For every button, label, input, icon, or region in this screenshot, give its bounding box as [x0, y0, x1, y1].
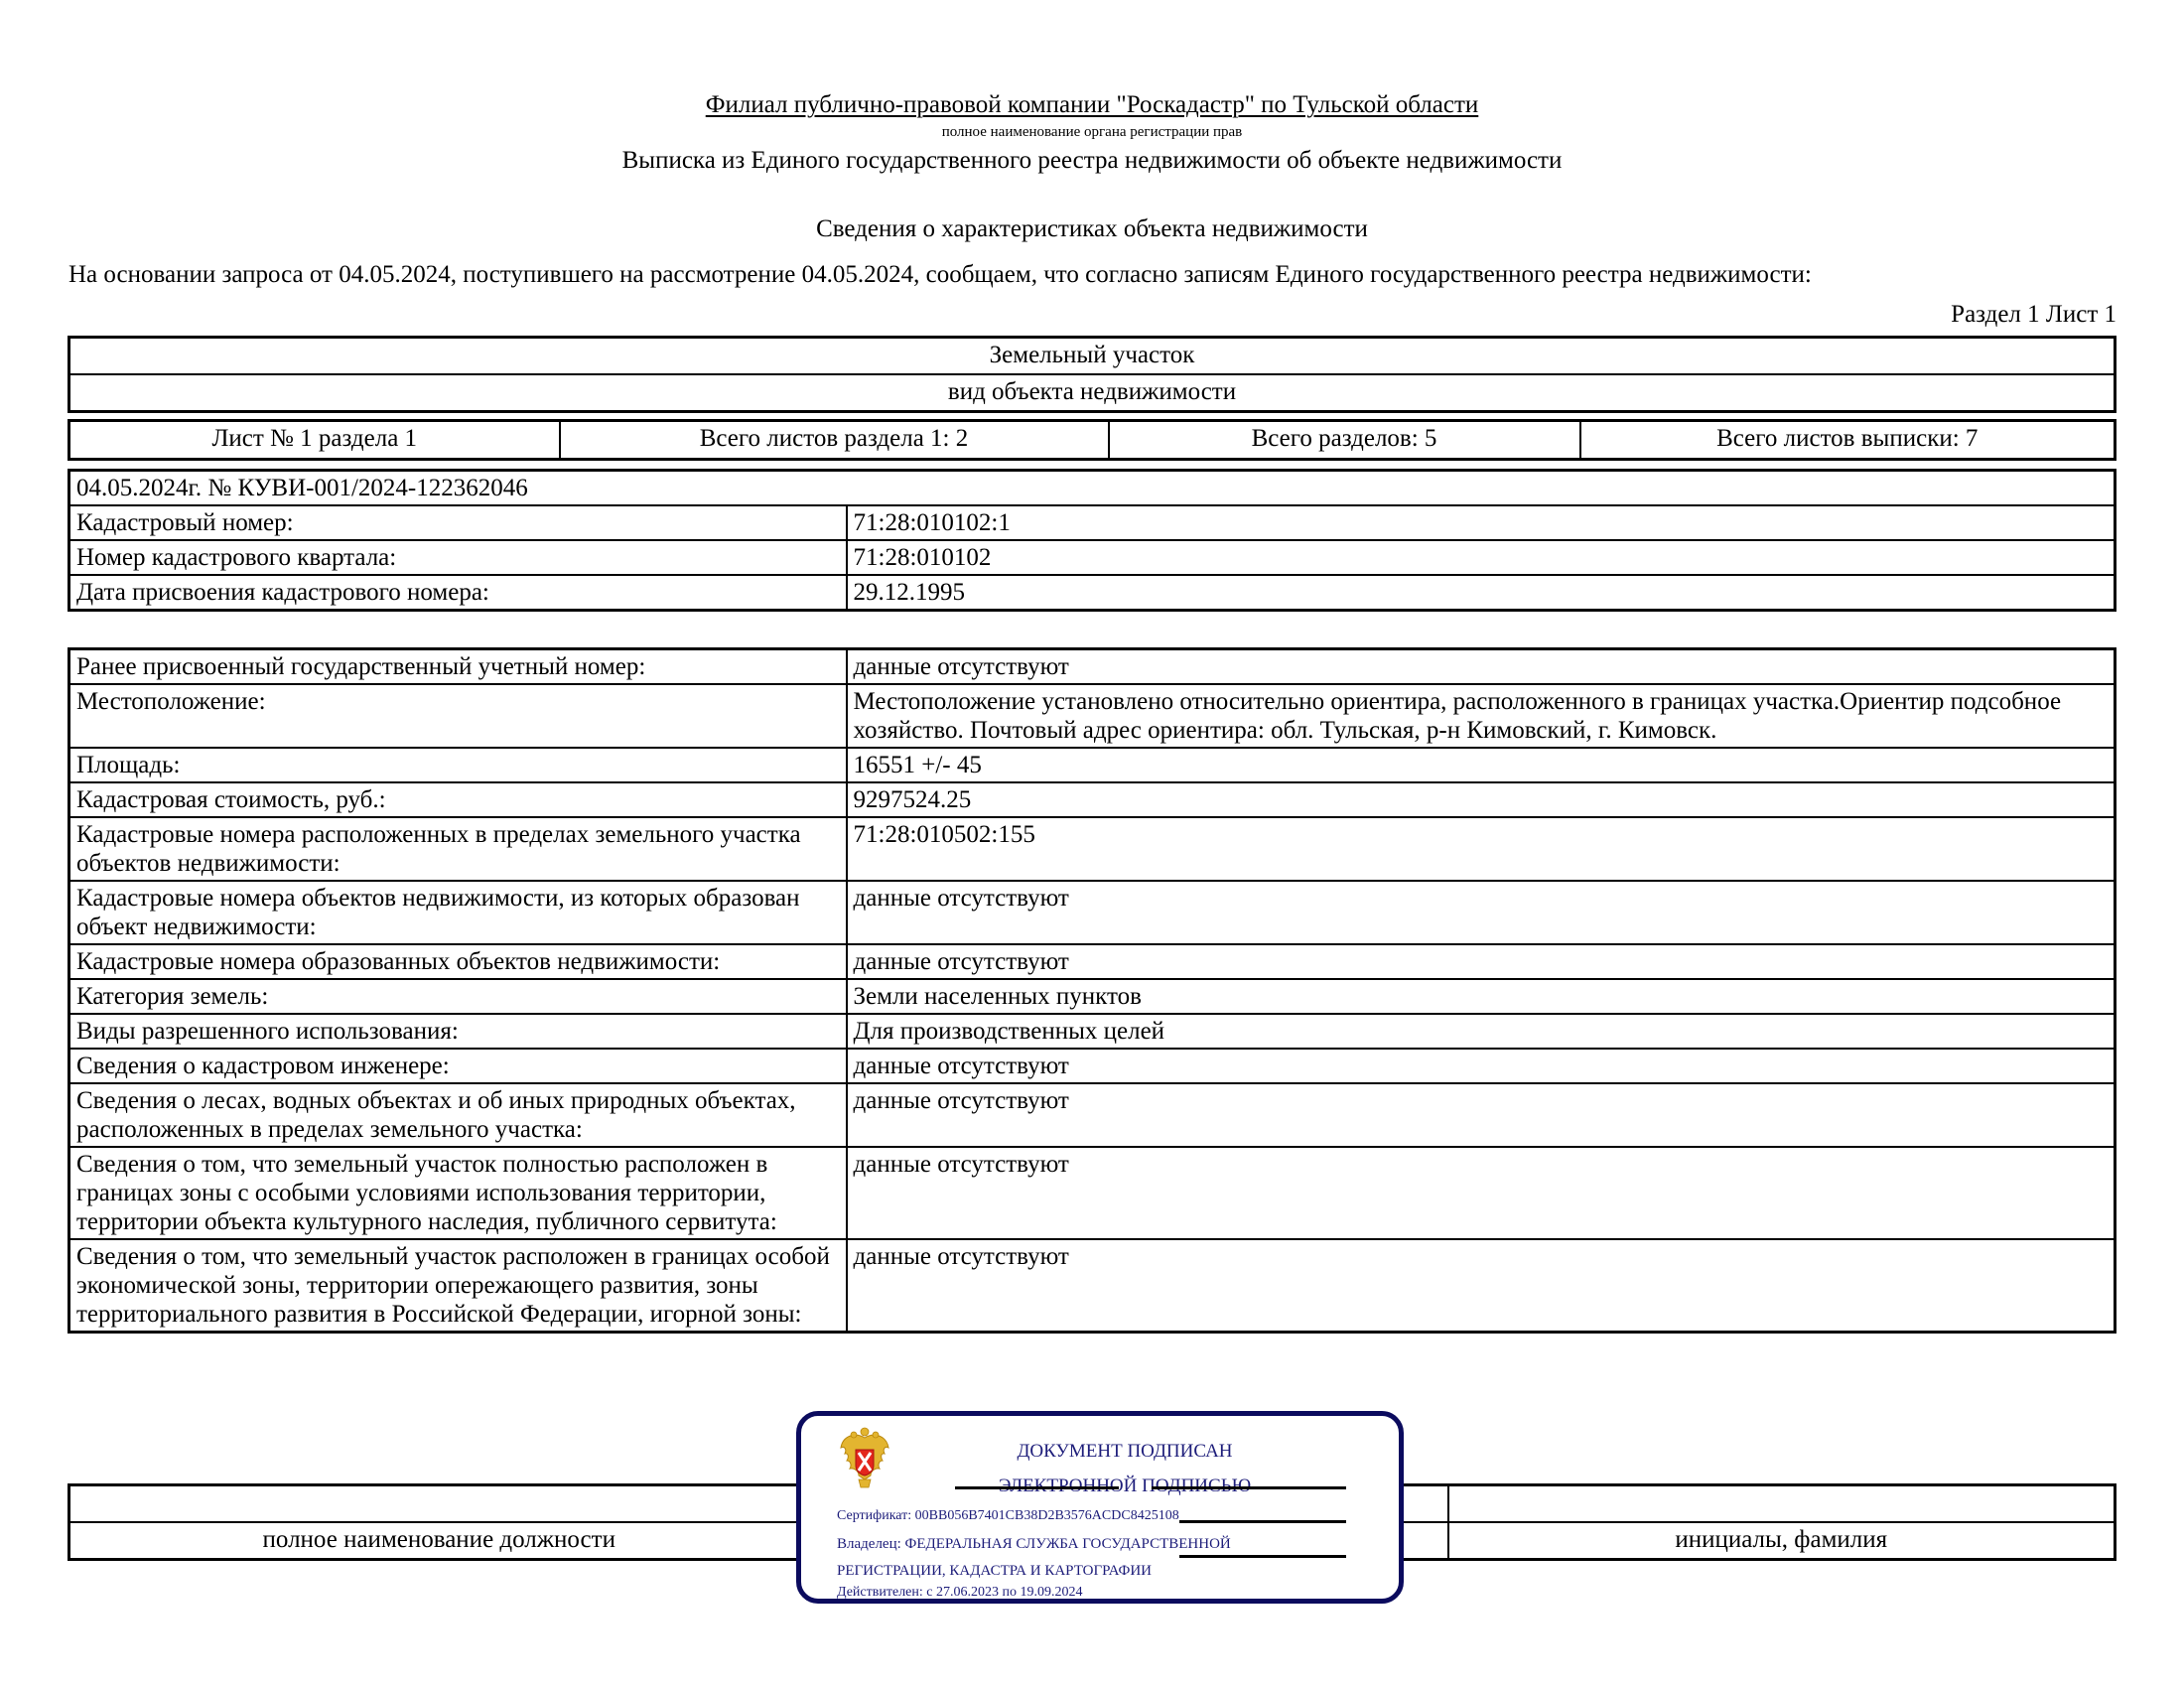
- cadastral-number: 71:28:010102:1: [847, 505, 2116, 540]
- table-row: Виды разрешенного использования:Для прои…: [69, 1014, 2116, 1049]
- row-label: Местоположение:: [69, 684, 847, 748]
- row-label: Сведения о том, что земельный участок по…: [69, 1147, 847, 1239]
- row-label: Кадастровые номера расположенных в преде…: [69, 817, 847, 881]
- row-label: Номер кадастрового квартала:: [69, 540, 847, 575]
- row-label: Кадастровый номер:: [69, 505, 847, 540]
- row-value: 16551 +/- 45: [847, 748, 2116, 782]
- table-row: Сведения о том, что земельный участок ра…: [69, 1239, 2116, 1333]
- table-row: Площадь:16551 +/- 45: [69, 748, 2116, 782]
- row-value: Местоположение установлено относительно …: [847, 684, 2116, 748]
- table-row: Категория земель:Земли населенных пункто…: [69, 979, 2116, 1014]
- row-label: Кадастровые номера объектов недвижимости…: [69, 881, 847, 944]
- sheet-number: Лист № 1 раздела 1: [69, 421, 560, 460]
- row-label: Кадастровые номера образованных объектов…: [69, 944, 847, 979]
- table-row: Кадастровый номер: 71:28:010102:1: [69, 505, 2116, 540]
- row-label: Виды разрешенного использования:: [69, 1014, 847, 1049]
- stamp-owner-line1: Владелец: ФЕДЕРАЛЬНАЯ СЛУЖБА ГОСУДАРСТВЕ…: [837, 1536, 1231, 1553]
- row-label: Дата присвоения кадастрового номера:: [69, 575, 847, 611]
- stamp-divider: [955, 1486, 1119, 1489]
- total-sheet-count: Всего листов выписки: 7: [1580, 421, 2116, 460]
- name-caption: инициалы, фамилия: [1448, 1522, 2116, 1560]
- organization-caption: полное наименование органа регистрации п…: [0, 124, 2184, 141]
- stamp-validity: Действителен: с 27.06.2023 по 19.09.2024: [837, 1585, 1082, 1601]
- table-row: Кадастровые номера образованных объектов…: [69, 944, 2116, 979]
- stamp-owner-line2: РЕГИСТРАЦИИ, КАДАСТРА И КАРТОГРАФИИ: [837, 1563, 1152, 1580]
- cadastral-quarter: 71:28:010102: [847, 540, 2116, 575]
- name-field: [1448, 1485, 2116, 1523]
- row-label: Сведения о кадастровом инженере:: [69, 1049, 847, 1083]
- row-value: данные отсутствуют: [847, 1239, 2116, 1333]
- row-label: Ранее присвоенный государственный учетны…: [69, 649, 847, 685]
- table-row: Дата присвоения кадастрового номера: 29.…: [69, 575, 2116, 611]
- table-row: Сведения о лесах, водных объектах и об и…: [69, 1083, 2116, 1147]
- row-label: Категория земель:: [69, 979, 847, 1014]
- stamp-certificate: Сертификат: 00BB056B7401CB38D2B3576ACDC8…: [837, 1508, 1179, 1524]
- table-row: Номер кадастрового квартала: 71:28:01010…: [69, 540, 2116, 575]
- row-label: Кадастровая стоимость, руб.:: [69, 782, 847, 817]
- electronic-signature-stamp: ДОКУМЕНТ ПОДПИСАН ЭЛЕКТРОННОЙ ПОДПИСЬЮ С…: [796, 1411, 1404, 1604]
- table-row: Сведения о том, что земельный участок по…: [69, 1147, 2116, 1239]
- row-value: данные отсутствуют: [847, 1049, 2116, 1083]
- intro-text: На основании запроса от 04.05.2024, пост…: [68, 261, 1812, 289]
- sheets-table: Лист № 1 раздела 1 Всего листов раздела …: [68, 419, 2116, 461]
- row-value: 9297524.25: [847, 782, 2116, 817]
- row-value: данные отсутствуют: [847, 1083, 2116, 1147]
- properties-table: Ранее присвоенный государственный учетны…: [68, 647, 2116, 1334]
- row-value: данные отсутствуют: [847, 881, 2116, 944]
- section-sheet-count: Всего листов раздела 1: 2: [560, 421, 1109, 460]
- stamp-divider: [1179, 1520, 1346, 1523]
- assignment-date: 29.12.1995: [847, 575, 2116, 611]
- organization-name: Филиал публично-правовой компании "Роска…: [0, 91, 2184, 119]
- section-title: Сведения о характеристиках объекта недви…: [0, 215, 2184, 243]
- stamp-divider: [1152, 1486, 1346, 1489]
- table-row: Ранее присвоенный государственный учетны…: [69, 649, 2116, 685]
- row-value: 71:28:010502:155: [847, 817, 2116, 881]
- object-type: Земельный участок: [69, 338, 2116, 375]
- document-title: Выписка из Единого государственного реес…: [0, 147, 2184, 175]
- object-type-table: Земельный участок вид объекта недвижимос…: [68, 336, 2116, 413]
- row-value: данные отсутствуют: [847, 649, 2116, 685]
- row-label: Сведения о лесах, водных объектах и об и…: [69, 1083, 847, 1147]
- table-row: Сведения о кадастровом инженере:данные о…: [69, 1049, 2116, 1083]
- stamp-divider: [1179, 1555, 1346, 1558]
- row-value: Для производственных целей: [847, 1014, 2116, 1049]
- row-value: данные отсутствуют: [847, 944, 2116, 979]
- row-value: данные отсутствуют: [847, 1147, 2116, 1239]
- table-row: Кадастровые номера объектов недвижимости…: [69, 881, 2116, 944]
- object-type-caption: вид объекта недвижимости: [69, 374, 2116, 412]
- record-number: 04.05.2024г. № КУВИ-001/2024-122362046: [69, 471, 2116, 506]
- row-value: Земли населенных пунктов: [847, 979, 2116, 1014]
- table-row: Местоположение:Местоположение установлен…: [69, 684, 2116, 748]
- cadastral-table: 04.05.2024г. № КУВИ-001/2024-122362046 К…: [68, 469, 2116, 612]
- table-row: Кадастровая стоимость, руб.:9297524.25: [69, 782, 2116, 817]
- stamp-title-line1: ДОКУМЕНТ ПОДПИСАН: [801, 1441, 1409, 1463]
- table-row: Кадастровые номера расположенных в преде…: [69, 817, 2116, 881]
- row-label: Площадь:: [69, 748, 847, 782]
- sheet-marker: Раздел 1 Лист 1: [1951, 301, 2116, 329]
- section-count: Всего разделов: 5: [1109, 421, 1580, 460]
- row-label: Сведения о том, что земельный участок ра…: [69, 1239, 847, 1333]
